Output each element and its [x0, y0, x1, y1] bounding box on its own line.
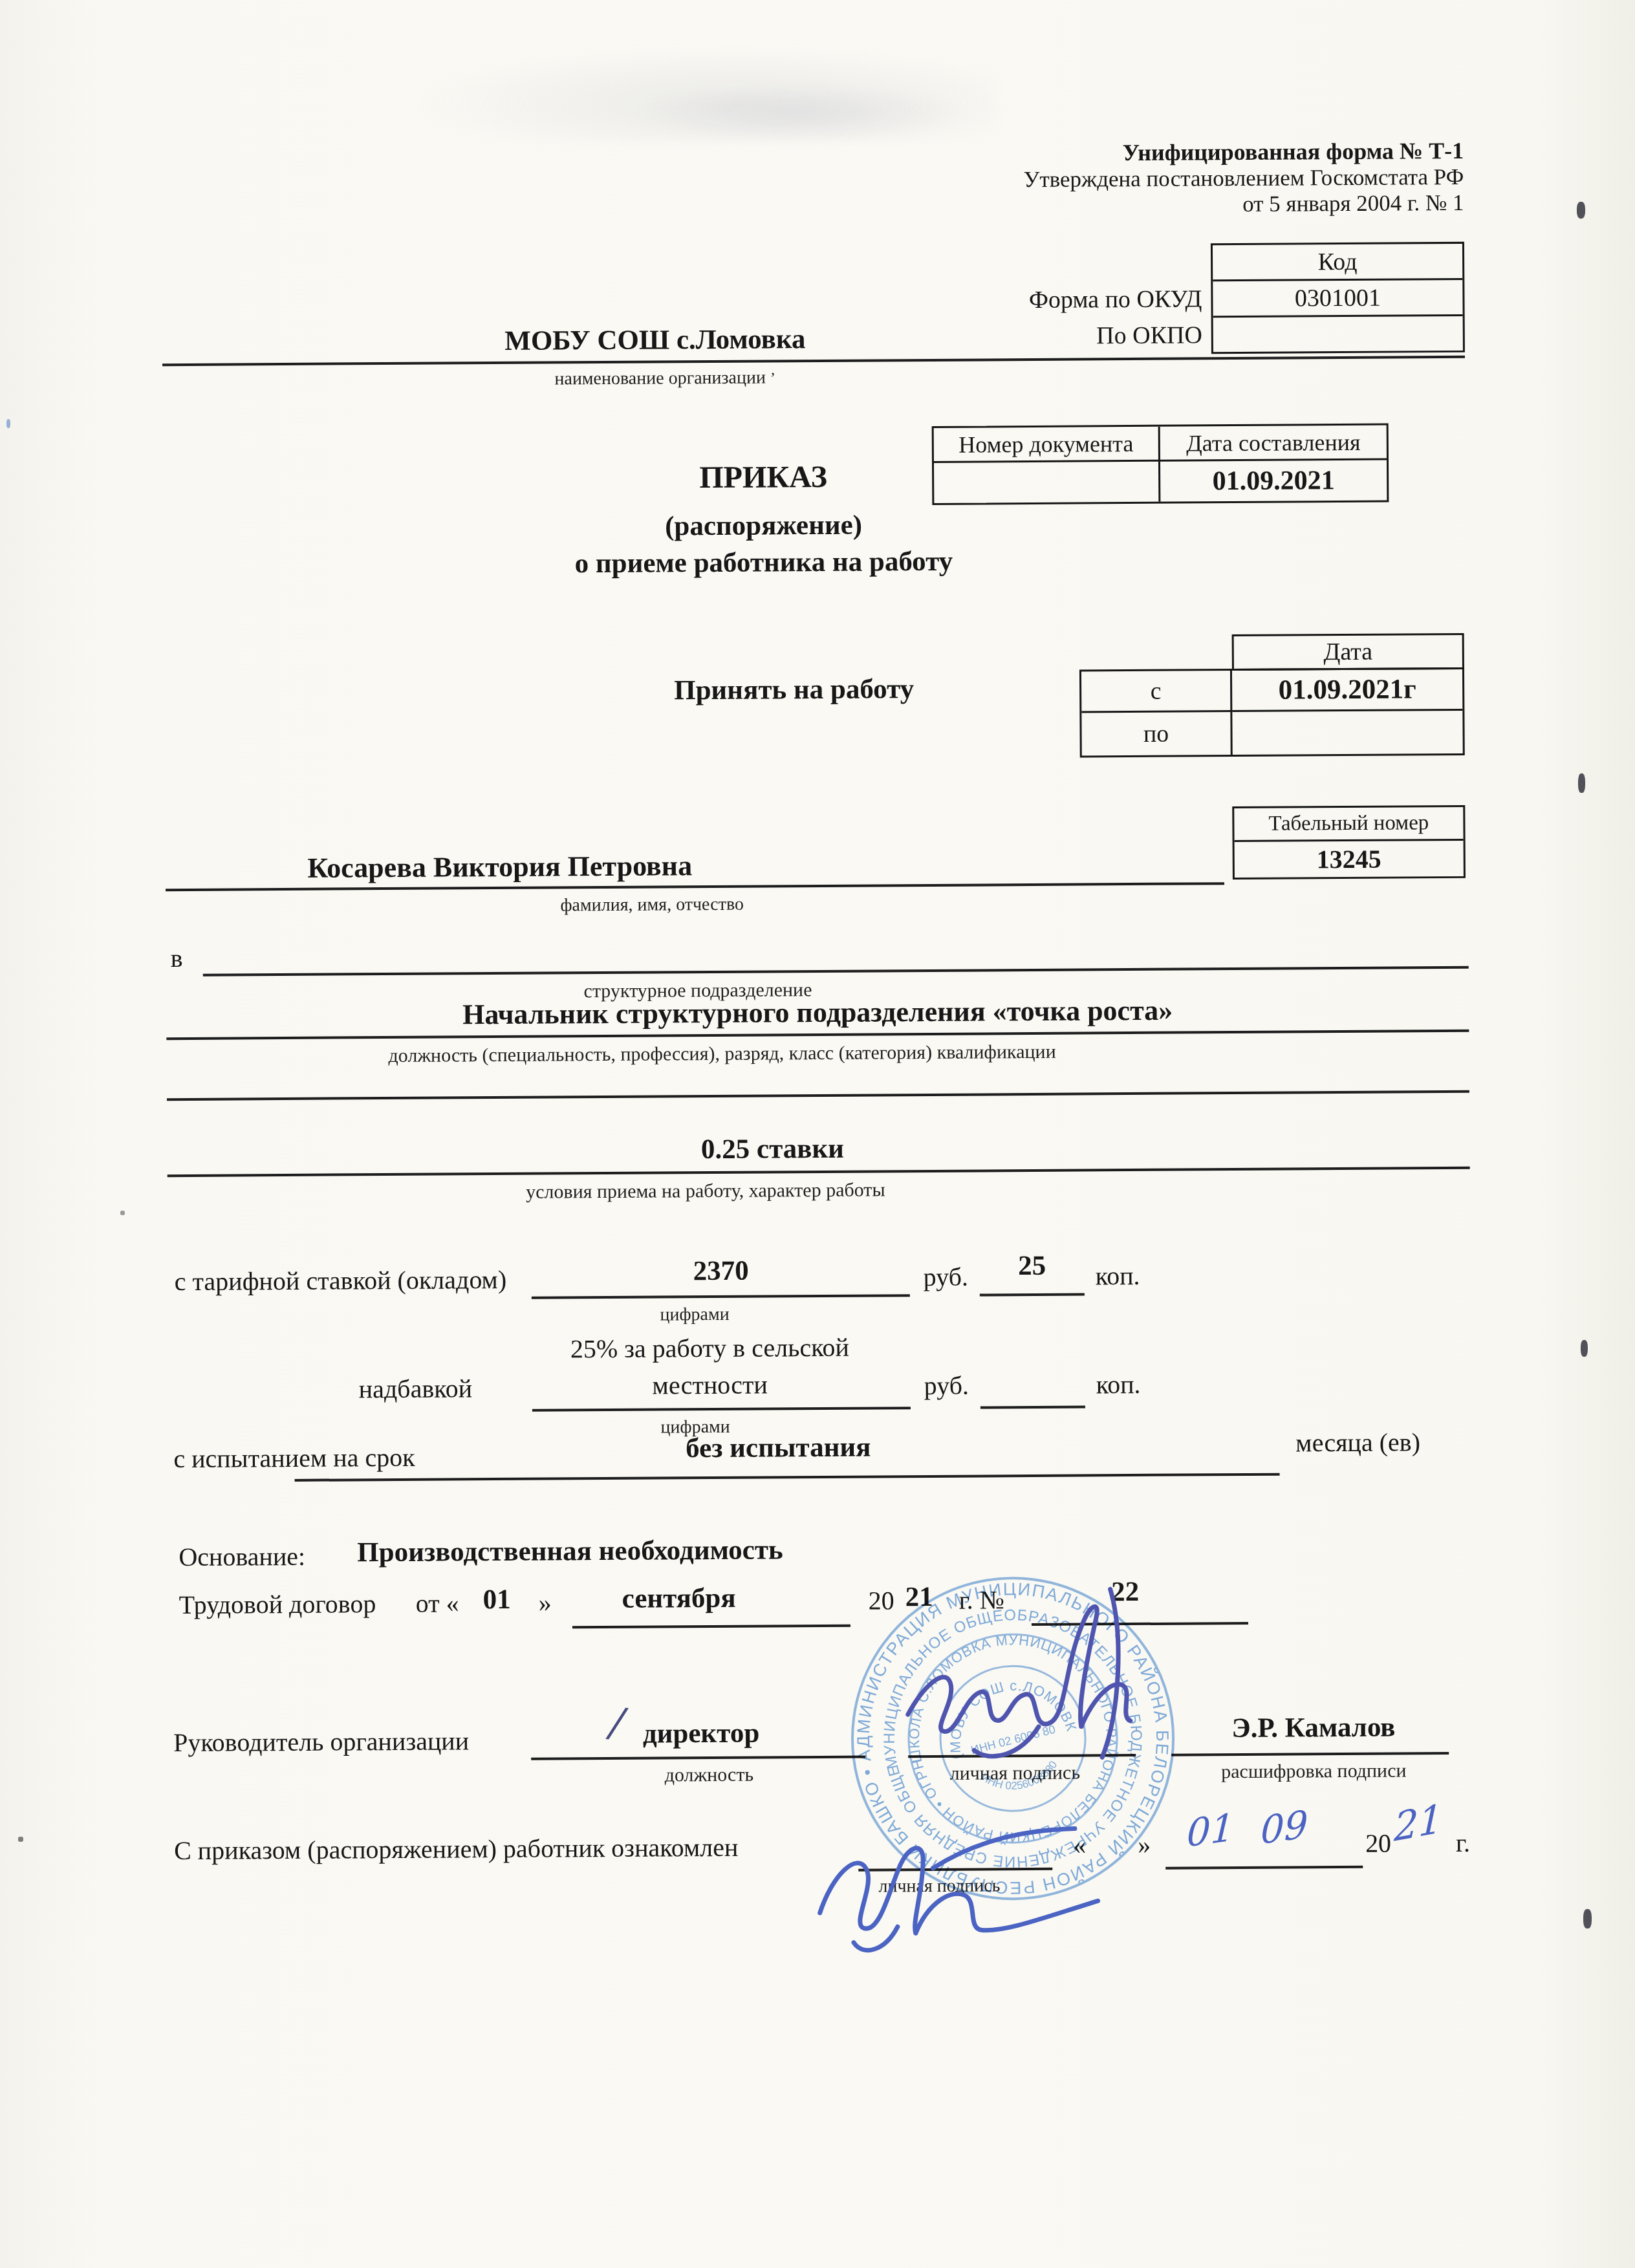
okud-code-value-cell: 0301001	[1213, 278, 1462, 316]
ack-century: 20	[1365, 1828, 1391, 1859]
personnel-number-value: 13245	[1235, 841, 1464, 878]
hire-to-label-cell: по	[1081, 712, 1232, 755]
employee-name-caption: фамилия, имя, отчество	[560, 894, 744, 916]
hire-action-label: Принять на работу	[674, 673, 914, 706]
scan-artifact-speck-blue	[6, 419, 10, 428]
handwritten-month: 09	[1260, 1802, 1308, 1853]
acknowledgment-label: С приказом (распоряжением) работник озна…	[174, 1832, 739, 1866]
organization-caption: наименование организации ʼ	[554, 367, 775, 389]
conditions-underline	[168, 1167, 1470, 1177]
contract-from-word: от «	[416, 1588, 459, 1618]
form-header-line1: Унифицированная форма № Т-1	[1122, 137, 1464, 166]
handwritten-slash: /	[608, 1698, 626, 1747]
position-blank-underline	[167, 1090, 1469, 1101]
salary-label: с тарифной ставкой (окладом)	[175, 1264, 507, 1297]
salary-digits-caption: цифрами	[660, 1304, 729, 1326]
salary-kop-label: коп.	[1096, 1260, 1140, 1291]
hire-from-label-cell: с	[1081, 671, 1232, 713]
contract-label: Трудовой договор	[179, 1588, 376, 1620]
okpo-label: По ОКПО	[1096, 321, 1202, 350]
organization-caption-mark: ʼ	[770, 370, 775, 387]
ack-year-suffix: г.	[1456, 1828, 1470, 1858]
order-subtitle: (распоряжение)	[665, 510, 862, 543]
document-number-value	[934, 462, 1160, 503]
form-header-line2: Утверждена постановлением Госкомстата РФ	[1023, 164, 1464, 193]
form-header-line3: от 5 января 2004 г. № 1	[1242, 190, 1464, 217]
document-number-header: Номер документа	[934, 427, 1160, 463]
scanned-order-form-t1: Унифицированная форма № Т-1 Утверждена п…	[0, 0, 1635, 2268]
okud-label: Форма по ОКУД	[1029, 285, 1202, 314]
position-value: Начальник структурного подразделения «то…	[462, 994, 1173, 1031]
basis-label: Основание:	[179, 1541, 305, 1572]
okud-code-header-cell: Код	[1213, 244, 1462, 279]
scan-artifact-speck-mid	[120, 1211, 125, 1215]
unit-underline	[203, 966, 1469, 977]
scan-artifact-dot-1	[1577, 202, 1585, 219]
hire-date-table: с 01.09.2021г по	[1079, 667, 1465, 758]
contract-month: сентября	[622, 1582, 736, 1615]
head-name-value: Э.Р. Камалов	[1231, 1712, 1395, 1745]
head-position-caption: должность	[665, 1764, 754, 1787]
allowance-kop-label: коп.	[1096, 1369, 1141, 1399]
scan-artifact-dot-4	[1583, 1909, 1592, 1928]
hire-date-header-cell: Дата	[1232, 633, 1464, 671]
probation-underline	[295, 1473, 1280, 1482]
okpo-value-cell	[1213, 314, 1463, 352]
organization-name: МОБУ СОШ с.Ломовка	[504, 323, 806, 357]
salary-amount-underline	[532, 1294, 910, 1299]
probation-suffix: месяца (ев)	[1295, 1427, 1420, 1458]
basis-value: Производственная необходимость	[357, 1534, 783, 1568]
position-underline	[166, 1030, 1469, 1040]
allowance-line1: 25% за работу в сельской	[570, 1332, 849, 1365]
document-date-value: 01.09.2021	[1160, 460, 1387, 502]
head-position-value: директор	[643, 1718, 760, 1750]
position-caption: должность (специальность, профессия), ра…	[388, 1041, 1056, 1067]
conditions-value: 0.25 ставки	[701, 1133, 844, 1165]
conditions-caption: условия приема на работу, характер работ…	[526, 1179, 885, 1203]
scan-artifact-speck-left	[18, 1837, 23, 1842]
hire-from-value-cell: 01.09.2021г	[1232, 669, 1462, 712]
document-date-header: Дата составления	[1160, 426, 1387, 462]
probation-label: с испытанием на срок	[173, 1442, 415, 1474]
contract-quote-close: »	[539, 1588, 552, 1618]
salary-amount: 2370	[693, 1255, 748, 1288]
allowance-line2: местности	[652, 1369, 768, 1400]
director-signature	[882, 1563, 1181, 1772]
organization-underline	[162, 356, 1465, 366]
order-subject: о приеме работника на работу	[574, 546, 953, 580]
personnel-number-box: Табельный номер 13245	[1232, 805, 1466, 880]
scan-artifact-dot-3	[1581, 1340, 1588, 1357]
salary-rub-label: руб.	[924, 1262, 969, 1292]
head-name-caption: расшифровка подписи	[1221, 1760, 1406, 1783]
organization-caption-text: наименование организации	[554, 367, 766, 389]
salary-kopecks: 25	[1018, 1250, 1046, 1282]
scan-artifact-dot-2	[1578, 773, 1585, 793]
handwritten-year: 21	[1393, 1796, 1443, 1851]
head-of-organization-label: Руководитель организации	[173, 1725, 469, 1758]
probation-value: без испытания	[686, 1432, 871, 1465]
salary-kopecks-underline	[980, 1293, 1085, 1296]
hire-to-value-cell	[1232, 711, 1462, 755]
contract-day: 01	[483, 1584, 511, 1615]
order-title: ПРИКАЗ	[699, 459, 827, 495]
worker-signature	[800, 1802, 1124, 1960]
allowance-rub-label: руб.	[924, 1370, 969, 1401]
personnel-number-header: Табельный номер	[1234, 807, 1463, 842]
document-number-table: Номер документа Дата составления 01.09.2…	[932, 424, 1389, 505]
employee-name: Косарева Виктория Петровна	[307, 849, 692, 885]
allowance-kopecks-underline	[980, 1405, 1085, 1409]
okud-code-table: Код 0301001	[1211, 242, 1465, 354]
allowance-underline	[532, 1407, 911, 1412]
unit-prefix: в	[171, 943, 183, 973]
allowance-label: надбавкой	[359, 1373, 473, 1404]
